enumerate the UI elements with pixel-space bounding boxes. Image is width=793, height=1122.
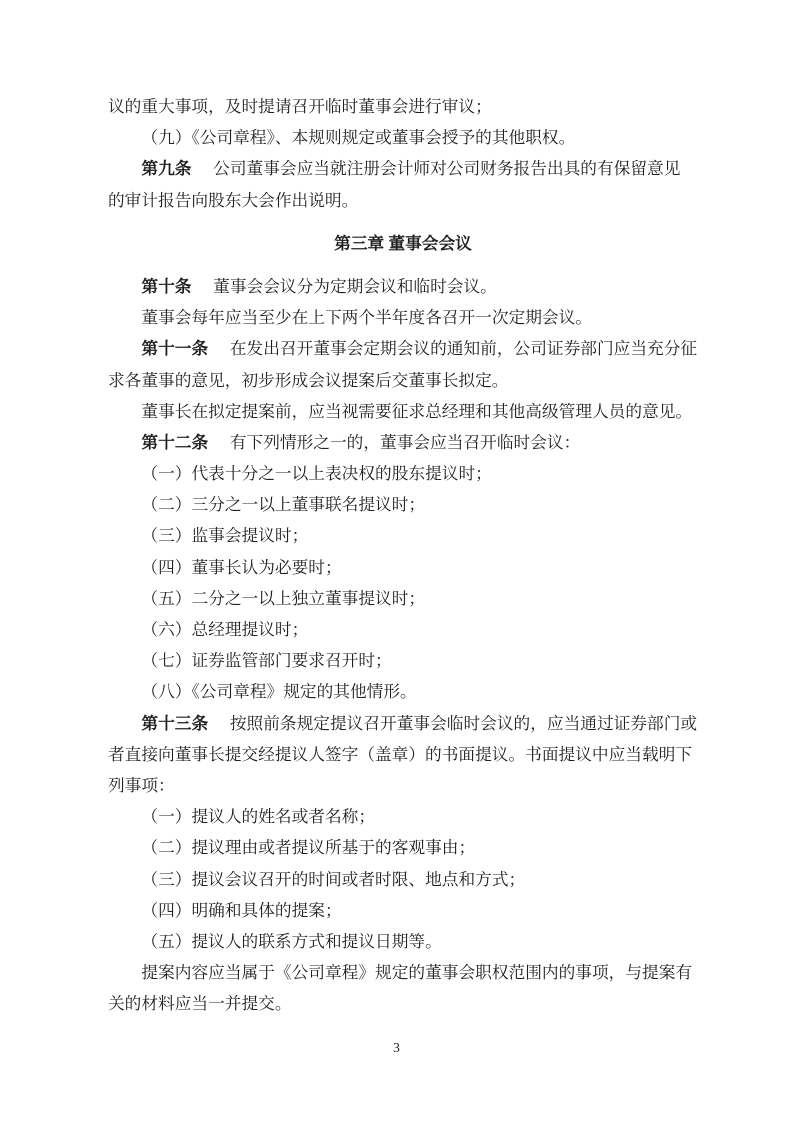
- text-line: （三）监事会提议时；: [108, 520, 698, 551]
- article-number: 第十二条: [141, 433, 208, 452]
- paragraph: （三）监事会提议时；: [108, 520, 698, 551]
- paragraph: （一）提议人的姓名或者名称；: [108, 801, 698, 832]
- text-line: 者直接向董事长提交经提议人签字（盖章）的书面提议。书面提议中应当载明下: [108, 739, 698, 770]
- text-line: 的审计报告向股东大会作出说明。: [108, 185, 698, 216]
- text-line: （五）二分之一以上独立董事提议时；: [108, 583, 698, 614]
- text-line: （一）提议人的姓名或者名称；: [108, 801, 698, 832]
- chapter-heading: 第三章 董事会会议: [108, 228, 698, 259]
- paragraph: 提案内容应当属于《公司章程》规定的董事会职权范围内的事项，与提案有关的材料应当一…: [108, 957, 698, 1019]
- article-number: 第十三条: [141, 714, 208, 733]
- text-line: （六）总经理提议时；: [108, 614, 698, 645]
- text-line: 议的重大事项，及时提请召开临时董事会进行审议；: [108, 91, 698, 122]
- paragraph: （一）代表十分之一以上表决权的股东提议时；: [108, 458, 698, 489]
- page-number: 3: [393, 1040, 400, 1055]
- paragraph: 第十二条有下列情形之一的，董事会应当召开临时会议：: [108, 427, 698, 458]
- paragraph: （五）二分之一以上独立董事提议时；: [108, 583, 698, 614]
- text-line: （四）明确和具体的提案；: [108, 895, 698, 926]
- text-line: 提案内容应当属于《公司章程》规定的董事会职权范围内的事项，与提案有: [108, 957, 698, 988]
- paragraph: （四）明确和具体的提案；: [108, 895, 698, 926]
- document-page: 议的重大事项，及时提请召开临时董事会进行审议；（九）《公司章程》、本规则规定或董…: [0, 0, 793, 1122]
- article-number: 第十条: [141, 277, 191, 296]
- paragraph: （三）提议会议召开的时间或者时限、地点和方式；: [108, 864, 698, 895]
- paragraph: （四）董事长认为必要时；: [108, 552, 698, 583]
- paragraph: 第十一条在发出召开董事会定期会议的通知前，公司证券部门应当充分征求各董事的意见，…: [108, 333, 698, 395]
- text-line: （二）提议理由或者提议所基于的客观事由；: [108, 832, 698, 863]
- text-line: （八）《公司章程》规定的其他情形。: [108, 676, 698, 707]
- text-line: 第三章 董事会会议: [108, 228, 698, 259]
- paragraph: （六）总经理提议时；: [108, 614, 698, 645]
- paragraph: （二）三分之一以上董事联名提议时；: [108, 489, 698, 520]
- article-number: 第九条: [141, 159, 191, 178]
- text-line: （二）三分之一以上董事联名提议时；: [108, 489, 698, 520]
- text-line: 第十二条有下列情形之一的，董事会应当召开临时会议：: [108, 427, 698, 458]
- paragraph: （二）提议理由或者提议所基于的客观事由；: [108, 832, 698, 863]
- text-line: （四）董事长认为必要时；: [108, 552, 698, 583]
- text-line: 董事长在拟定提案前，应当视需要征求总经理和其他高级管理人员的意见。: [108, 396, 698, 427]
- paragraph: 第九条公司董事会应当就注册会计师对公司财务报告出具的有保留意见的审计报告向股东大…: [108, 153, 698, 215]
- paragraph: （七）证券监管部门要求召开时；: [108, 645, 698, 676]
- page-footer: 3: [0, 1035, 793, 1061]
- text-line: 董事会每年应当至少在上下两个半年度各召开一次定期会议。: [108, 302, 698, 333]
- paragraph: 议的重大事项，及时提请召开临时董事会进行审议；: [108, 91, 698, 122]
- text-line: （三）提议会议召开的时间或者时限、地点和方式；: [108, 864, 698, 895]
- text-line: 第十三条按照前条规定提议召开董事会临时会议的，应当通过证券部门或: [108, 708, 698, 739]
- article-number: 第十一条: [141, 339, 208, 358]
- paragraph: （八）《公司章程》规定的其他情形。: [108, 676, 698, 707]
- text-line: （九）《公司章程》、本规则规定或董事会授予的其他职权。: [108, 122, 698, 153]
- text-line: （一）代表十分之一以上表决权的股东提议时；: [108, 458, 698, 489]
- text-line: 关的材料应当一并提交。: [108, 988, 698, 1019]
- text-line: （五）提议人的联系方式和提议日期等。: [108, 926, 698, 957]
- text-line: 第九条公司董事会应当就注册会计师对公司财务报告出具的有保留意见: [108, 153, 698, 184]
- text-line: 第十条董事会会议分为定期会议和临时会议。: [108, 271, 698, 302]
- paragraph: 董事会每年应当至少在上下两个半年度各召开一次定期会议。: [108, 302, 698, 333]
- paragraph: （九）《公司章程》、本规则规定或董事会授予的其他职权。: [108, 122, 698, 153]
- text-line: 第十一条在发出召开董事会定期会议的通知前，公司证券部门应当充分征: [108, 333, 698, 364]
- paragraph: 第十三条按照前条规定提议召开董事会临时会议的，应当通过证券部门或者直接向董事长提…: [108, 708, 698, 802]
- paragraph: 董事长在拟定提案前，应当视需要征求总经理和其他高级管理人员的意见。: [108, 396, 698, 427]
- text-line: 求各董事的意见，初步形成会议提案后交董事长拟定。: [108, 365, 698, 396]
- text-line: （七）证券监管部门要求召开时；: [108, 645, 698, 676]
- text-line: 列事项：: [108, 770, 698, 801]
- paragraph: 第十条董事会会议分为定期会议和临时会议。: [108, 271, 698, 302]
- document-body: 议的重大事项，及时提请召开临时董事会进行审议；（九）《公司章程》、本规则规定或董…: [108, 91, 698, 1019]
- paragraph: （五）提议人的联系方式和提议日期等。: [108, 926, 698, 957]
